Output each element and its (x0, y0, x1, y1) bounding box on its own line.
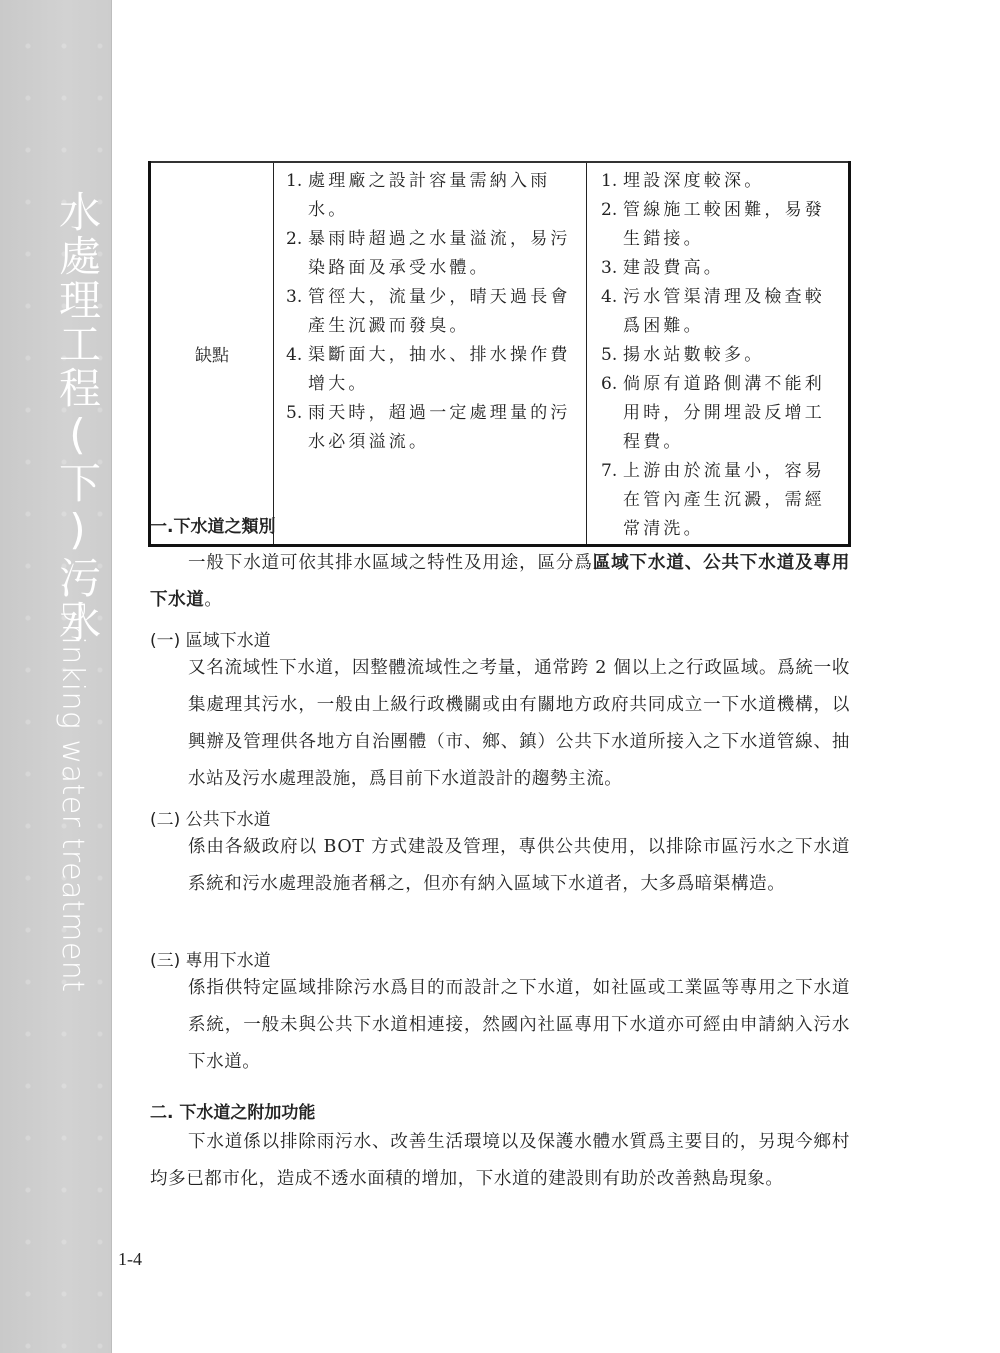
page-number: 1-4 (118, 1249, 142, 1270)
subsection-heading-regional: (一) 區域下水道 (150, 626, 271, 651)
list-item: 2.管線施工較困難，易發生錯接。 (601, 196, 838, 254)
list-item: 4.污水管渠清理及檢查較爲困難。 (601, 283, 838, 341)
subsection-heading-dedicated: (三) 專用下水道 (150, 946, 271, 971)
list-column-b: 1.埋設深度較深。 2.管線施工較困難，易發生錯接。 3.建設費高。 4.污水管… (601, 167, 838, 544)
list-item: 4.渠斷面大，抽水、排水操作費增大。 (286, 341, 578, 399)
additional-functions-paragraph: 下水道係以排除雨污水、改善生活環境以及保護水體水質爲主要目的，另現今鄉村均多已都… (150, 1124, 850, 1198)
list-item: 1.處理廠之設計容量需納入雨水。 (286, 167, 578, 225)
section-heading-additional-functions: 二. 下水道之附加功能 (150, 1098, 315, 1123)
chapter-sidebar: 水處理工程(下)污水 Drinking water treatment (0, 0, 112, 1353)
list-item: 2.暴雨時超過之水量溢流，易污染路面及承受水體。 (286, 225, 578, 283)
table-row: 缺點 1.處理廠之設計容量需納入雨水。 2.暴雨時超過之水量溢流，易污染路面及承… (150, 162, 850, 546)
public-sewer-paragraph: 係由各級政府以 BOT 方式建設及管理，專供公共使用，以排除市區污水之下水道系統… (188, 829, 850, 903)
book-title-chinese: 水處理工程(下)污水 (52, 190, 102, 644)
book-title-english: Drinking water treatment (55, 600, 90, 993)
list-item: 3.建設費高。 (601, 254, 838, 283)
section1-intro-paragraph: 一般下水道可依其排水區域之特性及用途，區分爲區域下水道、公共下水道及專用下水道。 (150, 545, 850, 619)
list-column-a: 1.處理廠之設計容量需納入雨水。 2.暴雨時超過之水量溢流，易污染路面及承受水體… (286, 167, 578, 457)
row-label-disadvantages: 缺點 (150, 162, 274, 546)
dedicated-sewer-paragraph: 係指供特定區域排除污水爲目的而設計之下水道，如社區或工業區等專用之下水道系統，一… (188, 970, 850, 1081)
subsection-heading-public: (二) 公共下水道 (150, 805, 271, 830)
regional-sewer-paragraph: 又名流域性下水道，因整體流域性之考量，通常跨 2 個以上之行政區域。爲統一收集處… (188, 650, 850, 798)
section-heading-sewer-categories: 一.下水道之類別 (150, 512, 275, 537)
list-item: 6.倘原有道路側溝不能利用時，分開埋設反增工程費。 (601, 370, 838, 457)
separate-sewer-disadvantages: 1.埋設深度較深。 2.管線施工較困難，易發生錯接。 3.建設費高。 4.污水管… (587, 162, 850, 546)
combined-sewer-disadvantages: 1.處理廠之設計容量需納入雨水。 2.暴雨時超過之水量溢流，易污染路面及承受水體… (274, 162, 587, 546)
disadvantages-comparison-table: 缺點 1.處理廠之設計容量需納入雨水。 2.暴雨時超過之水量溢流，易污染路面及承… (148, 161, 851, 547)
list-item: 1.埋設深度較深。 (601, 167, 838, 196)
list-item: 5.雨天時，超過一定處理量的污水必須溢流。 (286, 399, 578, 457)
list-item: 7.上游由於流量小，容易在管內產生沉澱，需經常清洗。 (601, 457, 838, 544)
list-item: 3.管徑大，流量少，晴天過長會產生沉澱而發臭。 (286, 283, 578, 341)
list-item: 5.揚水站數較多。 (601, 341, 838, 370)
